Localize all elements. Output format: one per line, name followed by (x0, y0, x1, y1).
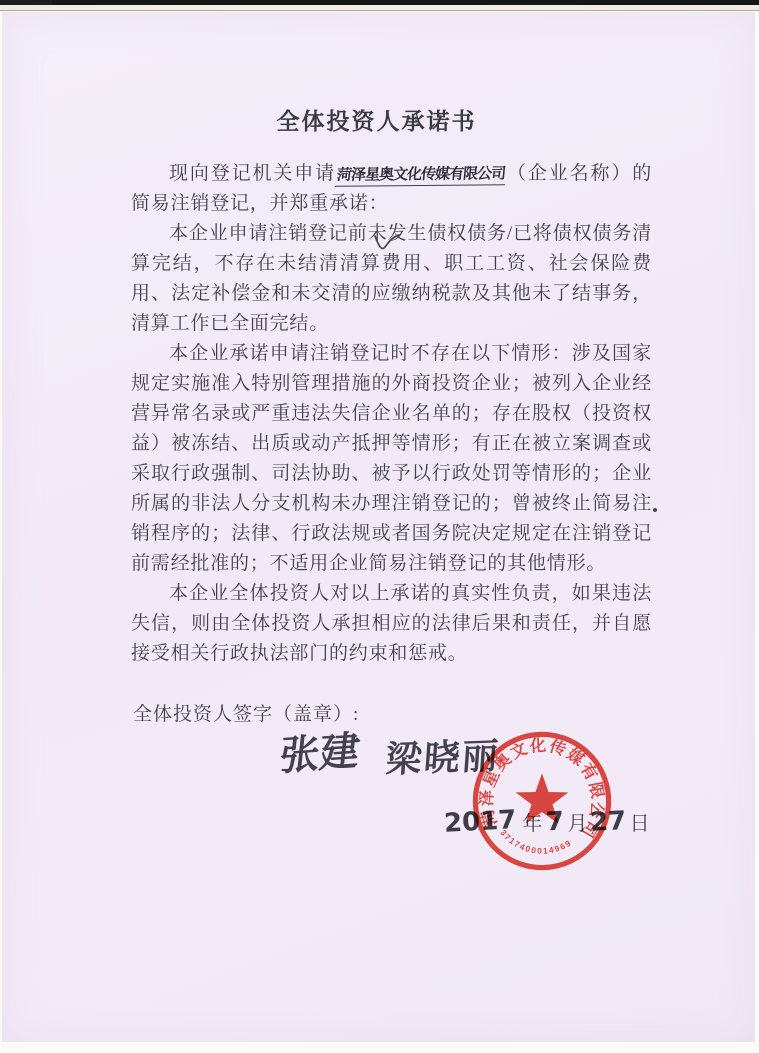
handwritten-signature-zhangjian: 张建 (277, 719, 363, 782)
paragraph-application: 现向登记机关申请菏泽星奥文化传媒有限公司（企业名称）的简易注销登记，并郑重承诺： (131, 159, 652, 219)
document-title: 全体投资人承诺书 (0, 103, 753, 136)
paragraph-liability: 本企业全体投资人对以上承诺的真实性负责，如果违法失信，则由全体投资人承担相应的法… (131, 579, 652, 669)
paragraph1-before-name: 现向登记机关申请 (169, 163, 336, 184)
scan-edge-paper-rim (0, 5, 759, 11)
handwritten-checkmark (372, 233, 402, 257)
scanned-document-page: 全体投资人承诺书 现向登记机关申请菏泽星奥文化传媒有限公司（企业名称）的简易注销… (0, 0, 759, 1053)
stray-ink-dot (653, 508, 657, 512)
seal-star-icon (516, 773, 569, 823)
handwritten-company-name: 菏泽星奥文化传媒有限公司 (335, 163, 507, 186)
day-unit-label: 日 (630, 807, 650, 836)
company-seal-stamp: 菏泽星奥文化传媒有限公司 3717400014969 (458, 717, 625, 884)
paragraph-no-circumstances: 本企业承诺申请注销登记时不存在以下情形：涉及国家规定实施准入特别管理措施的外商投… (131, 339, 652, 579)
